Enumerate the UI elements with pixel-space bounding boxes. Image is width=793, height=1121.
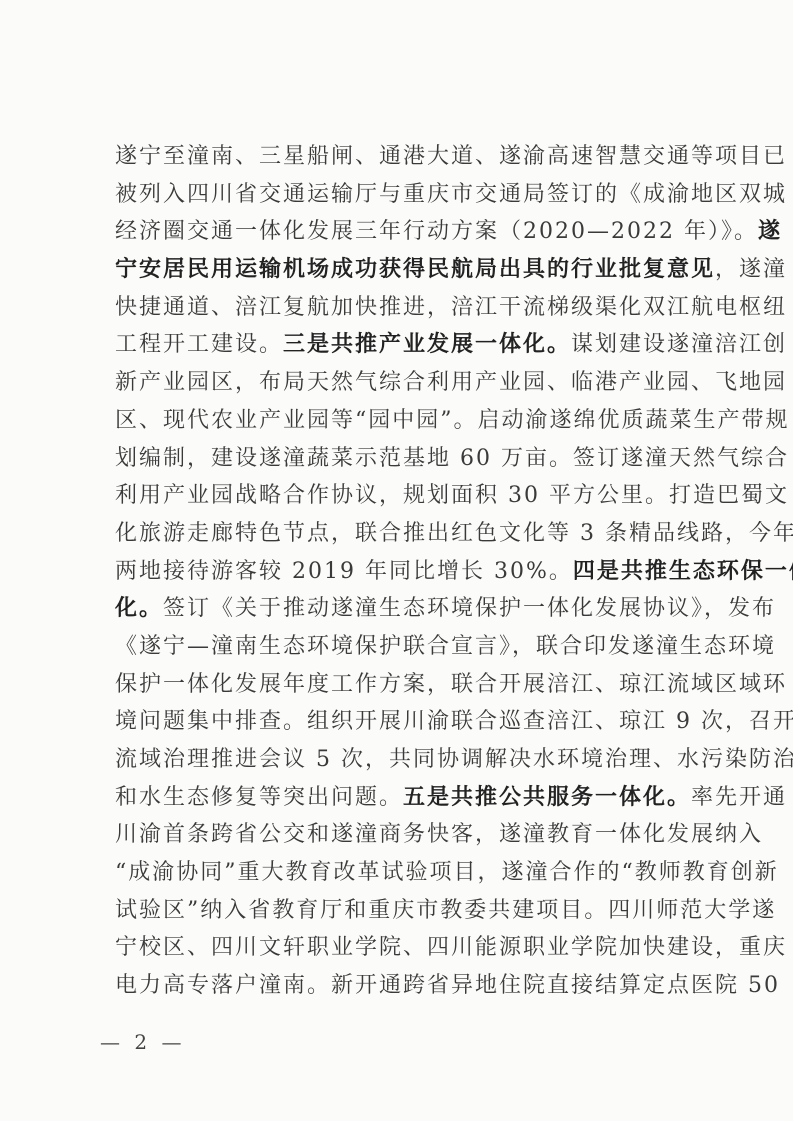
text-line: 化。签订《关于推动遂潼生态环境保护一体化发展协议》，发布 — [115, 590, 699, 628]
text-segment: 两地接待游客较 2019 年同比增长 30%。 — [115, 559, 573, 584]
text-line: 快捷通道、涪江复航加快推进，涪江干流梯级渠化双江航电枢纽 — [115, 289, 699, 327]
text-segment: 化旅游走廊特色节点，联合推出红色文化等 3 条精品线路，今年 — [115, 521, 793, 546]
text-line: 和水生态修复等突出问题。五是共推公共服务一体化。率先开通 — [115, 779, 699, 817]
text-segment: 区、现代农业产业园等“园中园”。启动渝遂绵优质蔬菜生产带规 — [115, 408, 790, 433]
text-line: 化旅游走廊特色节点，联合推出红色文化等 3 条精品线路，今年 — [115, 515, 699, 553]
text-segment: 经济圈交通一体化发展三年行动方案（2020—2022 年）》。 — [115, 219, 758, 244]
text-line: 划编制，建设遂潼蔬菜示范基地 60 万亩。签订遂潼天然气综合 — [115, 440, 699, 478]
text-segment: ，遂潼 — [715, 257, 787, 282]
bold-text-segment: 五是共推公共服务一体化。 — [403, 784, 691, 810]
text-line: 川渝首条跨省公交和遂潼商务快客，遂潼教育一体化发展纳入 — [115, 816, 699, 854]
text-segment: 流域治理推进会议 5 次，共同协调解决水环境治理、水污染防治 — [115, 747, 793, 772]
text-segment: 和水生态修复等突出问题。 — [115, 785, 403, 810]
text-line: 两地接待游客较 2019 年同比增长 30%。四是共推生态环保一体 — [115, 553, 699, 591]
text-segment: 新产业园区，布局天然气综合利用产业园、临港产业园、飞地园 — [115, 370, 787, 395]
text-segment: 境问题集中排查。组织开展川渝联合巡查涪江、琼江 9 次，召开 — [115, 709, 793, 734]
text-line: 工程开工建设。三是共推产业发展一体化。谋划建设遂潼涪江创 — [115, 326, 699, 364]
text-segment: 利用产业园战略合作协议，规划面积 30 平方公里。打造巴蜀文 — [115, 483, 789, 508]
text-segment: 签订《关于推动遂潼生态环境保护一体化发展协议》，发布 — [163, 596, 776, 621]
text-segment: 保护一体化发展年度工作方案，联合开展涪江、琼江流域区域环 — [115, 672, 787, 697]
text-line: 宁安居民用运输机场成功获得民航局出具的行业批复意见，遂潼 — [115, 251, 699, 289]
text-segment: 《遂宁—潼南生态环境保护联合宣言》，联合印发遂潼生态环境 — [115, 634, 776, 659]
text-segment: 率先开通 — [691, 785, 787, 810]
text-line: 保护一体化发展年度工作方案，联合开展涪江、琼江流域区域环 — [115, 666, 699, 704]
text-line: 区、现代农业产业园等“园中园”。启动渝遂绵优质蔬菜生产带规 — [115, 402, 699, 440]
bold-text-segment: 四是共推生态环保一体 — [573, 558, 793, 584]
bold-text-segment: 三是共推产业发展一体化。 — [283, 331, 571, 357]
text-line: 遂宁至潼南、三星船闸、通港大道、遂渝高速智慧交通等项目已 — [115, 138, 699, 176]
bold-text-segment: 化。 — [115, 595, 163, 621]
text-line: 电力高专落户潼南。新开通跨省异地住院直接结算定点医院 50 — [115, 967, 699, 1005]
text-segment: “成渝协同”重大教育改革试验项目，遂潼合作的“教师教育创新 — [115, 860, 779, 885]
text-line: 宁校区、四川文轩职业学院、四川能源职业学院加快建设，重庆 — [115, 929, 699, 967]
text-segment: 谋划建设遂潼涪江创 — [571, 332, 787, 357]
text-segment: 试验区”纳入省教育厅和重庆市教委共建项目。四川师范大学遂 — [115, 898, 776, 923]
text-line: 利用产业园战略合作协议，规划面积 30 平方公里。打造巴蜀文 — [115, 477, 699, 515]
text-segment: 快捷通道、涪江复航加快推进，涪江干流梯级渠化双江航电枢纽 — [115, 295, 787, 320]
text-line: 新产业园区，布局天然气综合利用产业园、临港产业园、飞地园 — [115, 364, 699, 402]
text-segment: 遂宁至潼南、三星船闸、通港大道、遂渝高速智慧交通等项目已 — [115, 144, 787, 169]
bold-text-segment: 遂 — [758, 218, 782, 244]
text-line: 试验区”纳入省教育厅和重庆市教委共建项目。四川师范大学遂 — [115, 892, 699, 930]
text-line: 流域治理推进会议 5 次，共同协调解决水环境治理、水污染防治 — [115, 741, 699, 779]
page-number: — 2 — — [100, 1030, 185, 1054]
text-segment: 划编制，建设遂潼蔬菜示范基地 60 万亩。签订遂潼天然气综合 — [115, 446, 789, 471]
bold-text-segment: 宁安居民用运输机场成功获得民航局出具的行业批复意见 — [115, 256, 715, 282]
text-segment: 川渝首条跨省公交和遂潼商务快客，遂潼教育一体化发展纳入 — [115, 822, 763, 847]
document-page: 遂宁至潼南、三星船闸、通港大道、遂渝高速智慧交通等项目已被列入四川省交通运输厅与… — [0, 0, 793, 1121]
text-line: 境问题集中排查。组织开展川渝联合巡查涪江、琼江 9 次，召开 — [115, 703, 699, 741]
text-segment: 电力高专落户潼南。新开通跨省异地住院直接结算定点医院 50 — [115, 973, 780, 998]
text-line: 经济圈交通一体化发展三年行动方案（2020—2022 年）》。遂 — [115, 213, 699, 251]
text-segment: 宁校区、四川文轩职业学院、四川能源职业学院加快建设，重庆 — [115, 935, 787, 960]
text-segment: 被列入四川省交通运输厅与重庆市交通局签订的《成渝地区双城 — [115, 182, 787, 207]
text-line: 被列入四川省交通运输厅与重庆市交通局签订的《成渝地区双城 — [115, 176, 699, 214]
text-segment: 工程开工建设。 — [115, 332, 283, 357]
text-line: “成渝协同”重大教育改革试验项目，遂潼合作的“教师教育创新 — [115, 854, 699, 892]
text-line: 《遂宁—潼南生态环境保护联合宣言》，联合印发遂潼生态环境 — [115, 628, 699, 666]
body-text: 遂宁至潼南、三星船闸、通港大道、遂渝高速智慧交通等项目已被列入四川省交通运输厅与… — [115, 138, 699, 1005]
